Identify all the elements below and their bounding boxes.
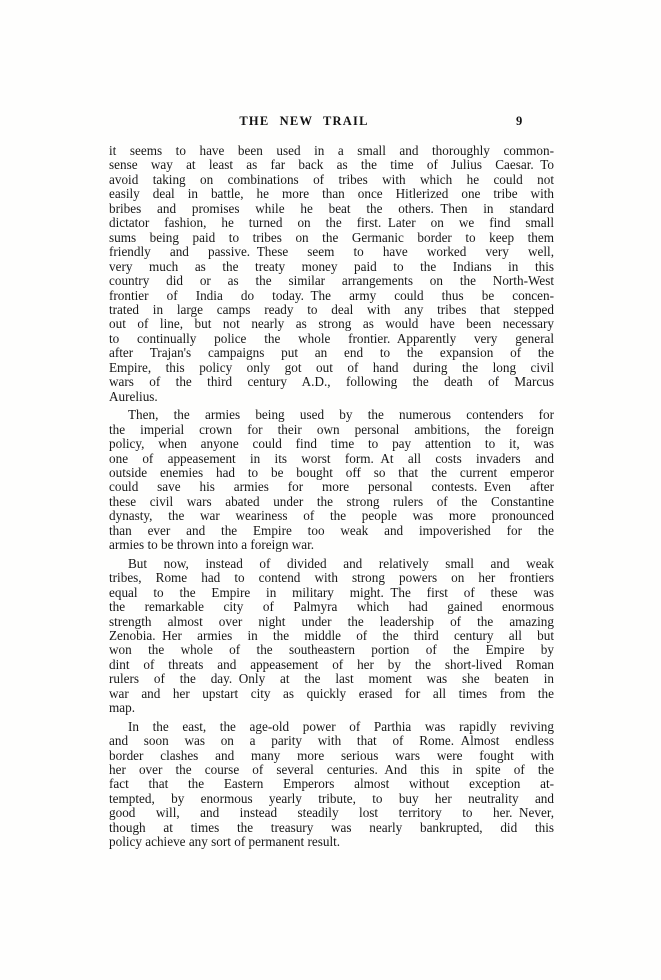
- text-line: her over the course of several centuries…: [109, 763, 554, 777]
- text-block: it seems to have been used in a small an…: [109, 144, 554, 850]
- text-line: Aurelius.: [109, 390, 554, 404]
- text-line: bribes and promises while he beat the ot…: [109, 202, 554, 216]
- running-header: THE NEW TRAIL 9: [109, 114, 554, 132]
- text-line: frontier of India do today. The army cou…: [109, 289, 554, 303]
- text-line: good will, and instead steadily lost ter…: [109, 806, 554, 820]
- text-line: to continually police the whole frontier…: [109, 332, 554, 346]
- text-line: after Trajan's campaigns put an end to t…: [109, 346, 554, 360]
- text-line: wars of the third century A.D., followin…: [109, 375, 554, 389]
- text-line: outside enemies had to be bought off so …: [109, 466, 554, 480]
- text-line: tempted, by enormous yearly tribute, to …: [109, 792, 554, 806]
- text-line: policy, when anyone could find time to p…: [109, 437, 554, 451]
- text-line: sense way at least as far back as the ti…: [109, 158, 554, 172]
- text-line: dictator fashion, he turned on the first…: [109, 216, 554, 230]
- text-line: Then, the armies being used by the numer…: [109, 408, 554, 422]
- text-line: won the whole of the southeastern portio…: [109, 643, 554, 657]
- text-line: easily deal in battle, he more than once…: [109, 187, 554, 201]
- paragraph: But now, instead of divided and relative…: [109, 557, 554, 716]
- text-line: country did or as the similar arrangemen…: [109, 274, 554, 288]
- text-line: these civil wars abated under the strong…: [109, 495, 554, 509]
- book-page: THE NEW TRAIL 9 it seems to have been us…: [0, 0, 661, 980]
- text-line: friendly and passive. These seem to have…: [109, 245, 554, 259]
- running-title: THE NEW TRAIL: [109, 114, 554, 129]
- text-line: sums being paid to tribes on the Germani…: [109, 231, 554, 245]
- text-line: rulers of the day. Only at the last mome…: [109, 672, 554, 686]
- text-line: and soon was on a parity with that of Ro…: [109, 734, 554, 748]
- text-line: map.: [109, 701, 554, 715]
- paragraph: it seems to have been used in a small an…: [109, 144, 554, 404]
- paragraph: In the east, the age-old power of Parthi…: [109, 720, 554, 850]
- text-line: though at times the treasury was nearly …: [109, 821, 554, 835]
- text-line: could save his armies for more personal …: [109, 480, 554, 494]
- text-line: it seems to have been used in a small an…: [109, 144, 554, 158]
- text-line: equal to the Empire in military might. T…: [109, 586, 554, 600]
- text-line: out of line, but not nearly as strong as…: [109, 317, 554, 331]
- text-line: In the east, the age-old power of Parthi…: [109, 720, 554, 734]
- text-line: trated in large camps ready to deal with…: [109, 303, 554, 317]
- text-line: Zenobia. Her armies in the middle of the…: [109, 629, 554, 643]
- text-line: strength almost over night under the lea…: [109, 615, 554, 629]
- text-line: war and her upstart city as quickly eras…: [109, 687, 554, 701]
- text-line: than ever and the Empire too weak and im…: [109, 524, 554, 538]
- text-line: the remarkable city of Palmyra which had…: [109, 600, 554, 614]
- text-line: dynasty, the war weariness of the people…: [109, 509, 554, 523]
- text-line: fact that the Eastern Emperors almost wi…: [109, 777, 554, 791]
- text-line: dint of threats and appeasement of her b…: [109, 658, 554, 672]
- paragraph: Then, the armies being used by the numer…: [109, 408, 554, 553]
- text-line: one of appeasement in its worst form. At…: [109, 452, 554, 466]
- text-line: armies to be thrown into a foreign war.: [109, 538, 554, 552]
- page-number: 9: [516, 114, 522, 129]
- text-line: policy achieve any sort of permanent res…: [109, 835, 554, 849]
- text-line: border clashes and many more serious war…: [109, 749, 554, 763]
- text-line: tribes, Rome had to contend with strong …: [109, 571, 554, 585]
- text-line: But now, instead of divided and relative…: [109, 557, 554, 571]
- text-line: avoid taking on combinations of tribes w…: [109, 173, 554, 187]
- text-line: Empire, this policy only got out of hand…: [109, 361, 554, 375]
- text-line: the imperial crown for their own persona…: [109, 423, 554, 437]
- text-line: very much as the treaty money paid to th…: [109, 260, 554, 274]
